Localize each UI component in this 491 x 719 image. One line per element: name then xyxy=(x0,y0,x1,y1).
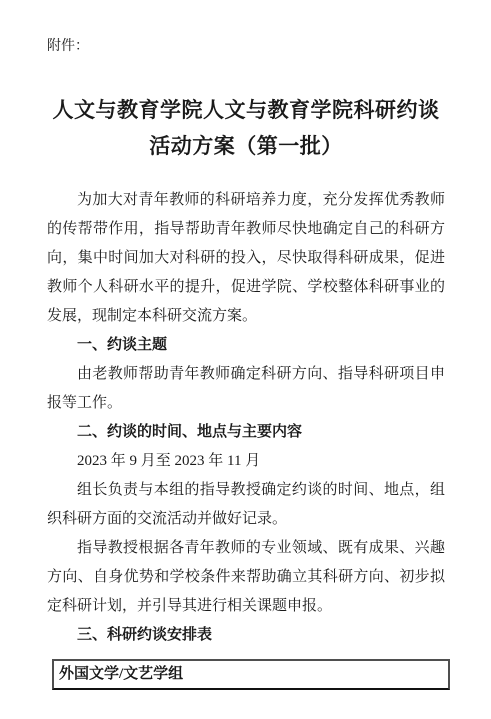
schedule-table-group-row: 外国文学/文艺学组 xyxy=(52,659,450,690)
document-body: 为加大对青年教师的科研培养力度，充分发挥优秀教师的传帮带作用，指导帮助青年教师尽… xyxy=(47,186,445,690)
attachment-label: 附件： xyxy=(47,38,445,56)
document-page: 附件： 人文与教育学院人文与教育学院科研约谈活动方案（第一批） 为加大对青年教师… xyxy=(0,0,491,719)
section-2-date-line: 2023 年 9 月至 2023 年 11 月 xyxy=(47,447,445,476)
document-title: 人文与教育学院人文与教育学院科研约谈活动方案（第一批） xyxy=(47,92,445,164)
section-3-heading: 三、科研约谈安排表 xyxy=(47,621,445,650)
section-1-heading: 一、约谈主题 xyxy=(47,331,445,360)
document-title-line-2: 活动方案（第一批） xyxy=(149,134,343,158)
section-2-heading: 二、约谈的时间、地点与主要内容 xyxy=(47,418,445,447)
section-2-paragraph-2: 指导教授根据各青年教师的专业领域、既有成果、兴趣方向、自身优势和学校条件来帮助确… xyxy=(47,534,445,621)
group-header-label: 外国文学/文艺学组 xyxy=(59,661,183,688)
section-1-paragraph: 由老教师帮助青年教师确定科研方向、指导科研项目申报等工作。 xyxy=(47,360,445,418)
section-2-paragraph-1: 组长负责与本组的指导教授确定约谈的时间、地点，组织科研方面的交流活动并做好记录。 xyxy=(47,476,445,534)
intro-paragraph: 为加大对青年教师的科研培养力度，充分发挥优秀教师的传帮带作用，指导帮助青年教师尽… xyxy=(47,186,445,331)
document-title-line-1: 人文与教育学院人文与教育学院科研约谈 xyxy=(53,98,440,122)
